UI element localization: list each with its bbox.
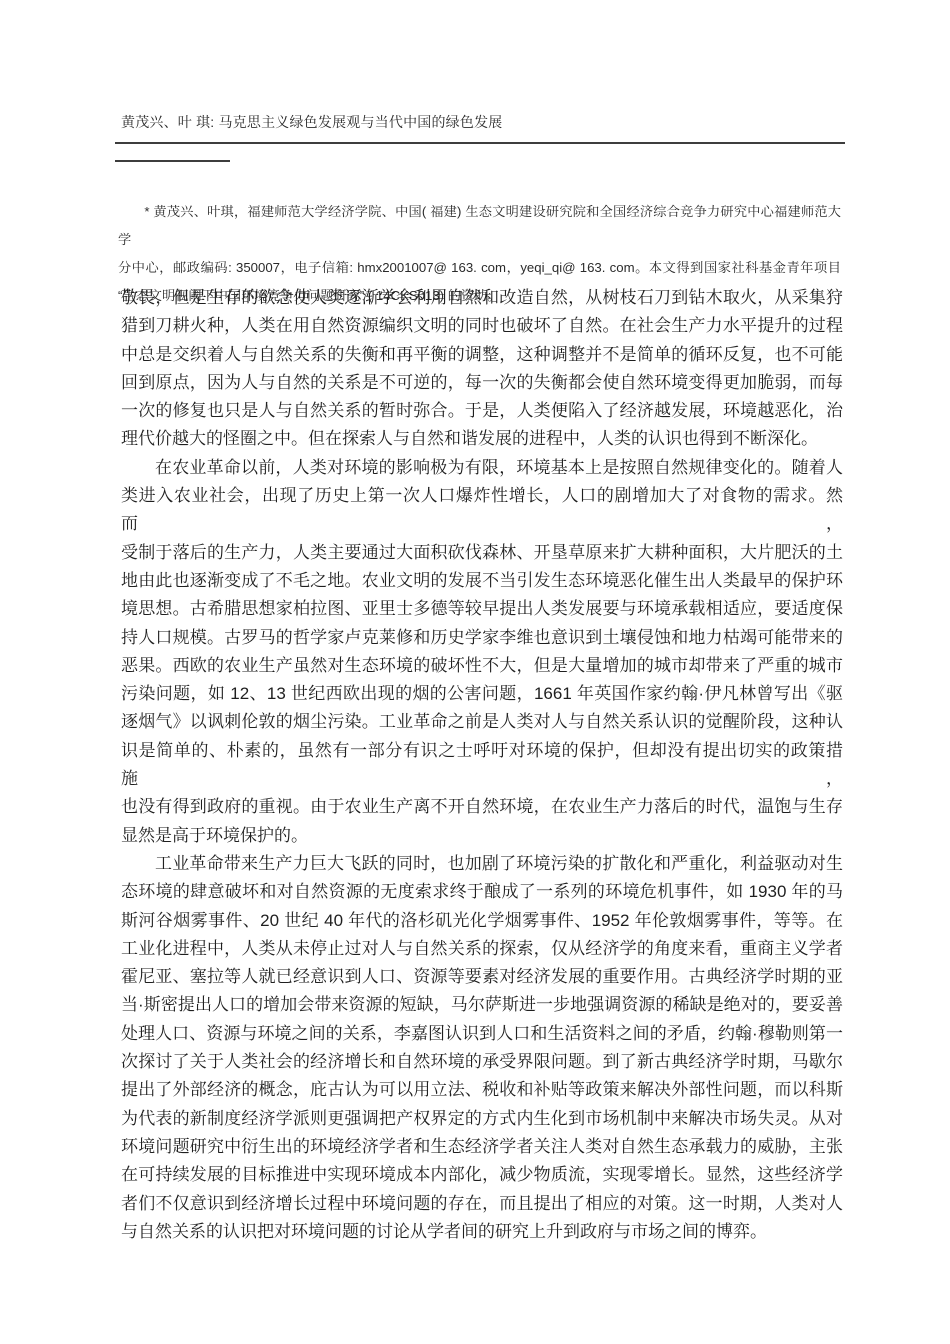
paper-page: 黄茂兴、叶 琪: 马克思主义绿色发展观与当代中国的绿色发展 * 黄茂兴、叶琪，福… [0,0,950,1344]
body-text-line: 一次的修复也只是人与自然关系的暂时弥合。于是，人类便陷入了经济越发展，环境越恶化… [121,397,843,425]
body-text-line: 识是简单的、朴素的，虽然有一部分有识之士呼吁对环境的保护，但却没有提出切实的政策… [121,737,843,794]
body-text-line: 次探讨了关于人类社会的经济增长和自然环境的承受界限问题。到了新古典经济学时期，马… [121,1048,843,1076]
footnote-separator-rule [115,160,230,162]
body-text-line: 理代价越大的怪圈之中。但在探索人与自然和谐发展的进程中，人类的认识也得到不断深化… [121,425,843,453]
body-text-line: 污染问题，如 12、13 世纪西欧出现的烟的公害问题，1661 年英国作家约翰·… [121,680,843,708]
body-text-line: 中总是交织着人与自然关系的失衡和再平衡的调整，这种调整并不是简单的循环反复，也不… [121,341,843,369]
body-text-line: 环境问题研究中衍生出的环境经济学者和生态经济学者关注人类对自然生态承载力的威胁，… [121,1133,843,1161]
body-text-line: 在可持续发展的目标推进中实现环境成本内部化，减少物质流，实现零增长。显然，这些经… [121,1161,843,1189]
body-text-line: 斯河谷烟雾事件、20 世纪 40 年代的洛杉矶光化学烟雾事件、1952 年伦敦烟… [121,907,843,935]
body-text-line: 逐烟气》以讽刺伦敦的烟尘污染。工业革命之前是人类对人与自然关系认识的觉醒阶段，这… [121,708,843,736]
footnote-line: * 黄茂兴、叶琪，福建师范大学经济学院、中国( 福建) 生态文明建设研究院和全国… [118,198,841,254]
running-header: 黄茂兴、叶 琪: 马克思主义绿色发展观与当代中国的绿色发展 [121,112,845,132]
footnote-line: 分中心，邮政编码: 350007，电子信箱: hmx2001007@ 163. … [118,254,841,282]
body-text-line: 在农业革命以前，人类对环境的影响极为有限，环境基本上是按照自然规律变化的。随着人 [121,454,843,482]
body-text-line: 地由此也逐渐变成了不毛之地。农业文明的发展不当引发生态环境恶化催生出人类最早的保… [121,567,843,595]
body-text-line: 持人口规模。古罗马的哲学家卢克莱修和历史学家李维也意识到土壤侵蚀和地力枯竭可能带… [121,624,843,652]
body-text-line: 者们不仅意识到经济增长过程中环境问题的存在，而且提出了相应的对策。这一时期，人类… [121,1190,843,1218]
body-text-line: 恶果。西欧的农业生产虽然对生态环境的破坏性不大，但是大量增加的城市却带来了严重的… [121,652,843,680]
body-text-line: 霍尼亚、塞拉等人就已经意识到人口、资源等要素对经济发展的重要作用。古典经济学时期… [121,963,843,991]
body-text-line: 与自然关系的认识把对环境问题的讨论从学者间的研究上升到政府与市场之间的博弈。 [121,1218,843,1246]
body-text-line: 工业革命带来生产力巨大飞跃的同时，也加剧了环境污染的扩散化和严重化，利益驱动对生 [121,850,843,878]
body-text-line: 为代表的新制度经济学派则更强调把产权界定的方式内生化到市场机制中来解决市场失灵。… [121,1105,843,1133]
body-text-line: 态环境的肆意破坏和对自然资源的无度索求终于酿成了一系列的环境危机事件，如 193… [121,878,843,906]
body-text-line: 提出了外部经济的概念，庇古认为可以用立法、税收和补贴等政策来解决外部性问题，而以… [121,1076,843,1104]
body-text-line: 类进入农业社会，出现了历史上第一次人口爆炸性增长，人口的剧增加大了对食物的需求。… [121,482,843,539]
article-body: 敬畏，但是生存的欲念使人类逐渐学会利用自然和改造自然，从树枝石刀到钻木取火，从采… [121,284,843,1246]
body-text-line: 显然是高于环境保护的。 [121,822,843,850]
body-text-line: 境思想。古希腊思想家柏拉图、亚里士多德等较早提出人类发展要与环境承载相适应，要适… [121,595,843,623]
body-text-line: 猎到刀耕火种，人类在用自然资源编织文明的同时也破坏了自然。在社会生产力水平提升的… [121,312,843,340]
body-text-line: 处理人口、资源与环境之间的关系，李嘉图认识到人口和生活资料之间的矛盾，约翰·穆勒… [121,1020,843,1048]
header-rule [115,142,845,144]
body-text-line: 受制于落后的生产力，人类主要通过大面积砍伐森林、开垦草原来扩大耕种面积，大片肥沃… [121,539,843,567]
body-text-line: 当·斯密提出人口的增加会带来资源的短缺，马尔萨斯进一步地强调资源的稀缺是绝对的，… [121,991,843,1019]
body-text-line: 敬畏，但是生存的欲念使人类逐渐学会利用自然和改造自然，从树枝石刀到钻木取火，从采… [121,284,843,312]
body-text-line: 也没有得到政府的重视。由于农业生产离不开自然环境，在农业生产力落后的时代，温饱与… [121,793,843,821]
body-text-line: 回到原点，因为人与自然的关系是不可逆的，每一次的失衡都会使自然环境变得更加脆弱，… [121,369,843,397]
body-text-line: 工业化进程中，人类从未停止过对人与自然关系的探索，仅从经济学的角度来看，重商主义… [121,935,843,963]
